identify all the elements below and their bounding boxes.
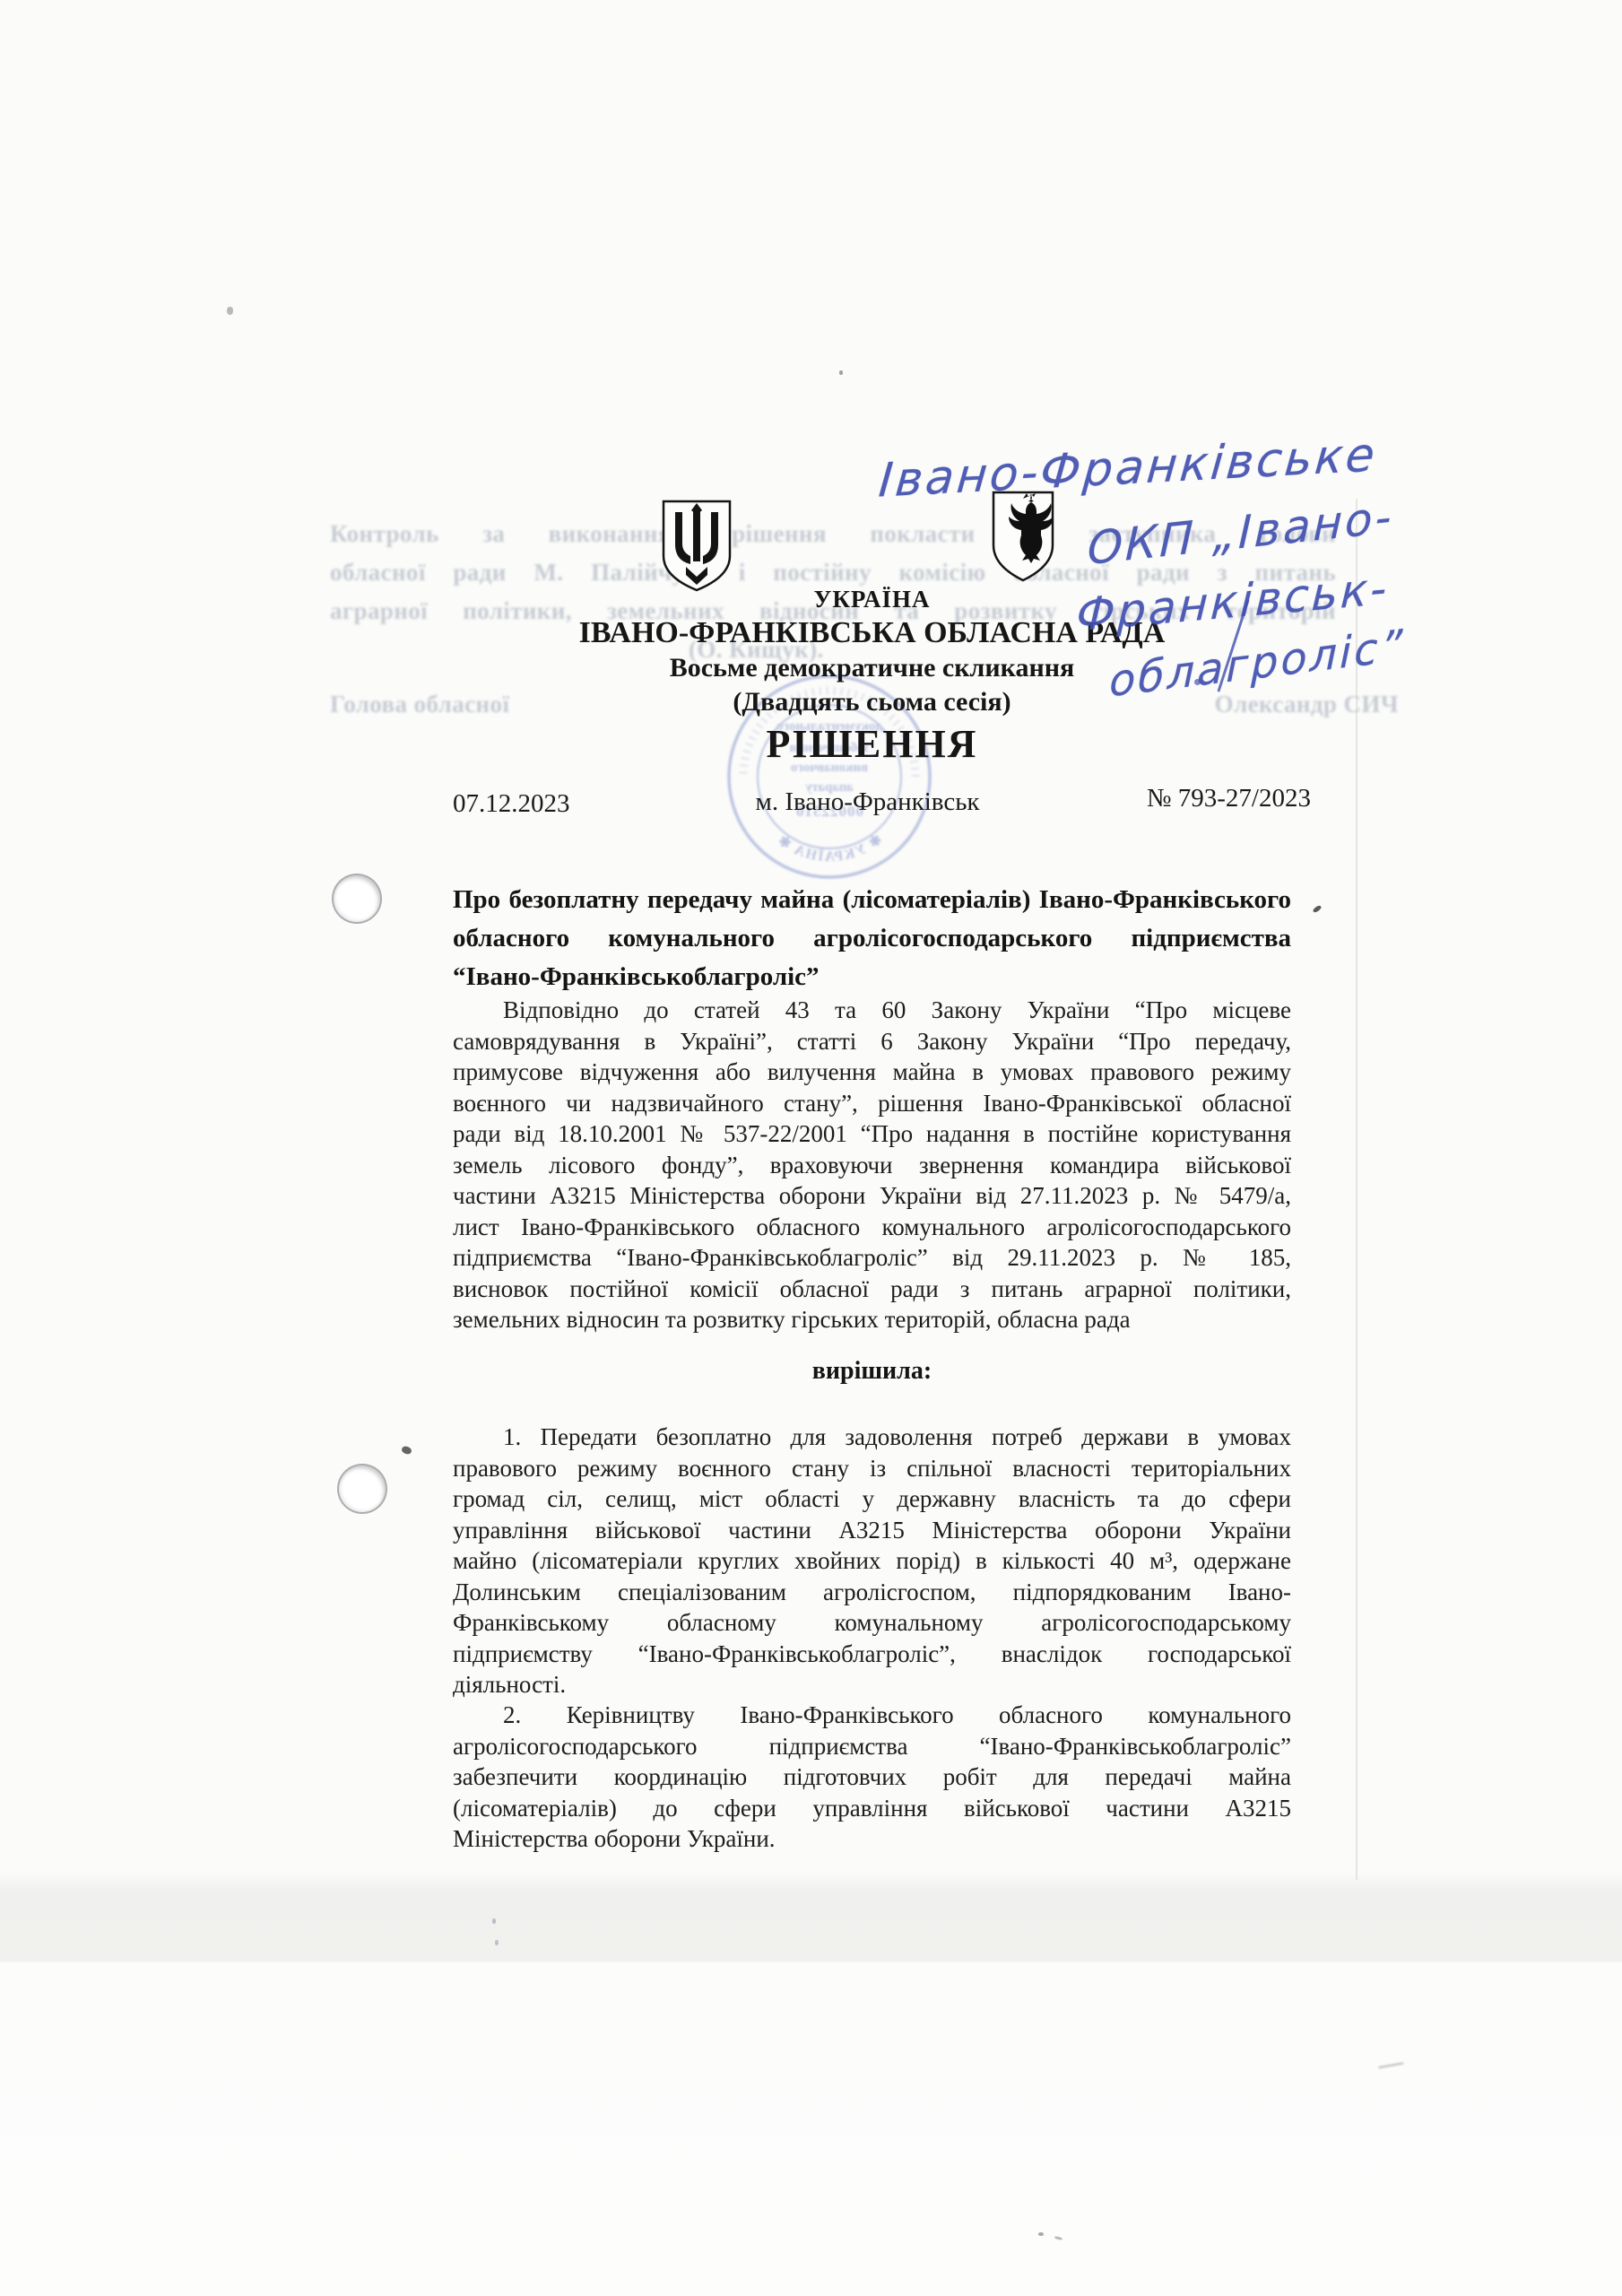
text-line: громад сіл, селищ, міст області у держав… xyxy=(453,1483,1291,1515)
text-line: частини А3215 Міністерства оборони Украї… xyxy=(453,1180,1291,1212)
subject-line: Про безоплатну передачу майна (лісоматер… xyxy=(453,881,1291,919)
scan-speck xyxy=(1054,2236,1063,2240)
subject-line: обласного комунального агролісогосподарс… xyxy=(453,919,1291,958)
text-line: земель лісового фонду”, враховуючи зверн… xyxy=(453,1150,1291,1181)
text-line: висновок постійної комісії обласної ради… xyxy=(453,1274,1291,1305)
text-line: підприємству “Івано-Франківськоблагроліс… xyxy=(453,1639,1291,1670)
resolution-item-1: 1. Передати безоплатно для задоволення п… xyxy=(453,1422,1291,1700)
text-line: підприємства “Івано-Франківськоблагроліс… xyxy=(453,1242,1291,1274)
text-line: земельних відносин та розвитку гірських … xyxy=(453,1304,1291,1335)
scan-speck xyxy=(495,1940,499,1945)
text-line: примусове відчуження або вилучення майна… xyxy=(453,1057,1291,1088)
ink-dot xyxy=(1194,679,1201,685)
text-line: 2. Керівництву Івано-Франківського облас… xyxy=(453,1700,1291,1731)
document-type-title: РІШЕННЯ xyxy=(453,722,1291,767)
text-line: майно (лісоматеріали круглих хвойних пор… xyxy=(453,1545,1291,1577)
subject-heading: Про безоплатну передачу майна (лісоматер… xyxy=(453,881,1291,996)
punch-hole xyxy=(337,1464,387,1514)
text-line: управління військової частини А3215 Міні… xyxy=(453,1515,1291,1546)
text-line: правового режиму воєнного стану із спіль… xyxy=(453,1453,1291,1484)
crowned-jackdaw-emblem-icon xyxy=(990,490,1056,583)
scan-speck xyxy=(227,307,233,315)
text-line: Франківському обласному комунальному агр… xyxy=(453,1607,1291,1639)
scan-speck xyxy=(492,1918,496,1924)
resolution-word: вирішила: xyxy=(453,1357,1291,1386)
scan-speck xyxy=(839,370,843,375)
text-line: самоврядування в Україні”, статті 6 Зако… xyxy=(453,1026,1291,1057)
resolution-item-2: 2. Керівництву Івано-Франківського облас… xyxy=(453,1700,1291,1855)
text-line: Відповідно до статей 43 та 60 Закону Укр… xyxy=(453,995,1291,1026)
scan-speck xyxy=(401,1445,412,1455)
document-number: № 793-27/2023 xyxy=(1147,784,1311,813)
text-line: лист Івано-Франківського обласного комун… xyxy=(453,1212,1291,1243)
text-line: агролісогосподарського підприємства “Іва… xyxy=(453,1731,1291,1762)
meta-row: 07.12.2023 м. Івано-Франківськ № 793-27/… xyxy=(453,787,1291,823)
text-line: воєнного чи надзвичайного стану”, рішенн… xyxy=(453,1088,1291,1119)
text-line: Міністерства оборони України. xyxy=(453,1823,1291,1855)
pencil-mark xyxy=(1376,2050,1403,2069)
text-line: (лісоматеріалів) до сфери управління вій… xyxy=(453,1793,1291,1824)
punch-hole xyxy=(332,874,382,924)
handwriting-line: Івано-Франківське xyxy=(877,428,1380,508)
scanned-document-page: Контроль за виконанням рішення покласти … xyxy=(0,0,1622,2296)
text-line: 1. Передати безоплатно для задоволення п… xyxy=(453,1422,1291,1453)
document-date: 07.12.2023 xyxy=(453,789,570,819)
tryzub-trident-emblem-icon xyxy=(659,499,734,594)
preamble-paragraph: Відповідно до статей 43 та 60 Закону Укр… xyxy=(453,995,1291,1335)
document-place: м. Івано-Франківськ xyxy=(755,787,979,817)
subject-line: “Івано-Франківськоблагроліс” xyxy=(453,958,1291,996)
scan-speck xyxy=(1038,2232,1044,2236)
scan-speck xyxy=(1312,905,1322,914)
scan-shading-band xyxy=(0,1873,1622,1964)
text-line: Долинським спеціалізованим агролісгоспом… xyxy=(453,1577,1291,1608)
text-line: діяльності. xyxy=(453,1669,1291,1700)
text-line: ради від 18.10.2001 № 537-22/2001 “Про н… xyxy=(453,1118,1291,1150)
text-line: забезпечити координацію підготовчих робі… xyxy=(453,1761,1291,1793)
bleed-page-edge-line xyxy=(1356,499,1357,1880)
